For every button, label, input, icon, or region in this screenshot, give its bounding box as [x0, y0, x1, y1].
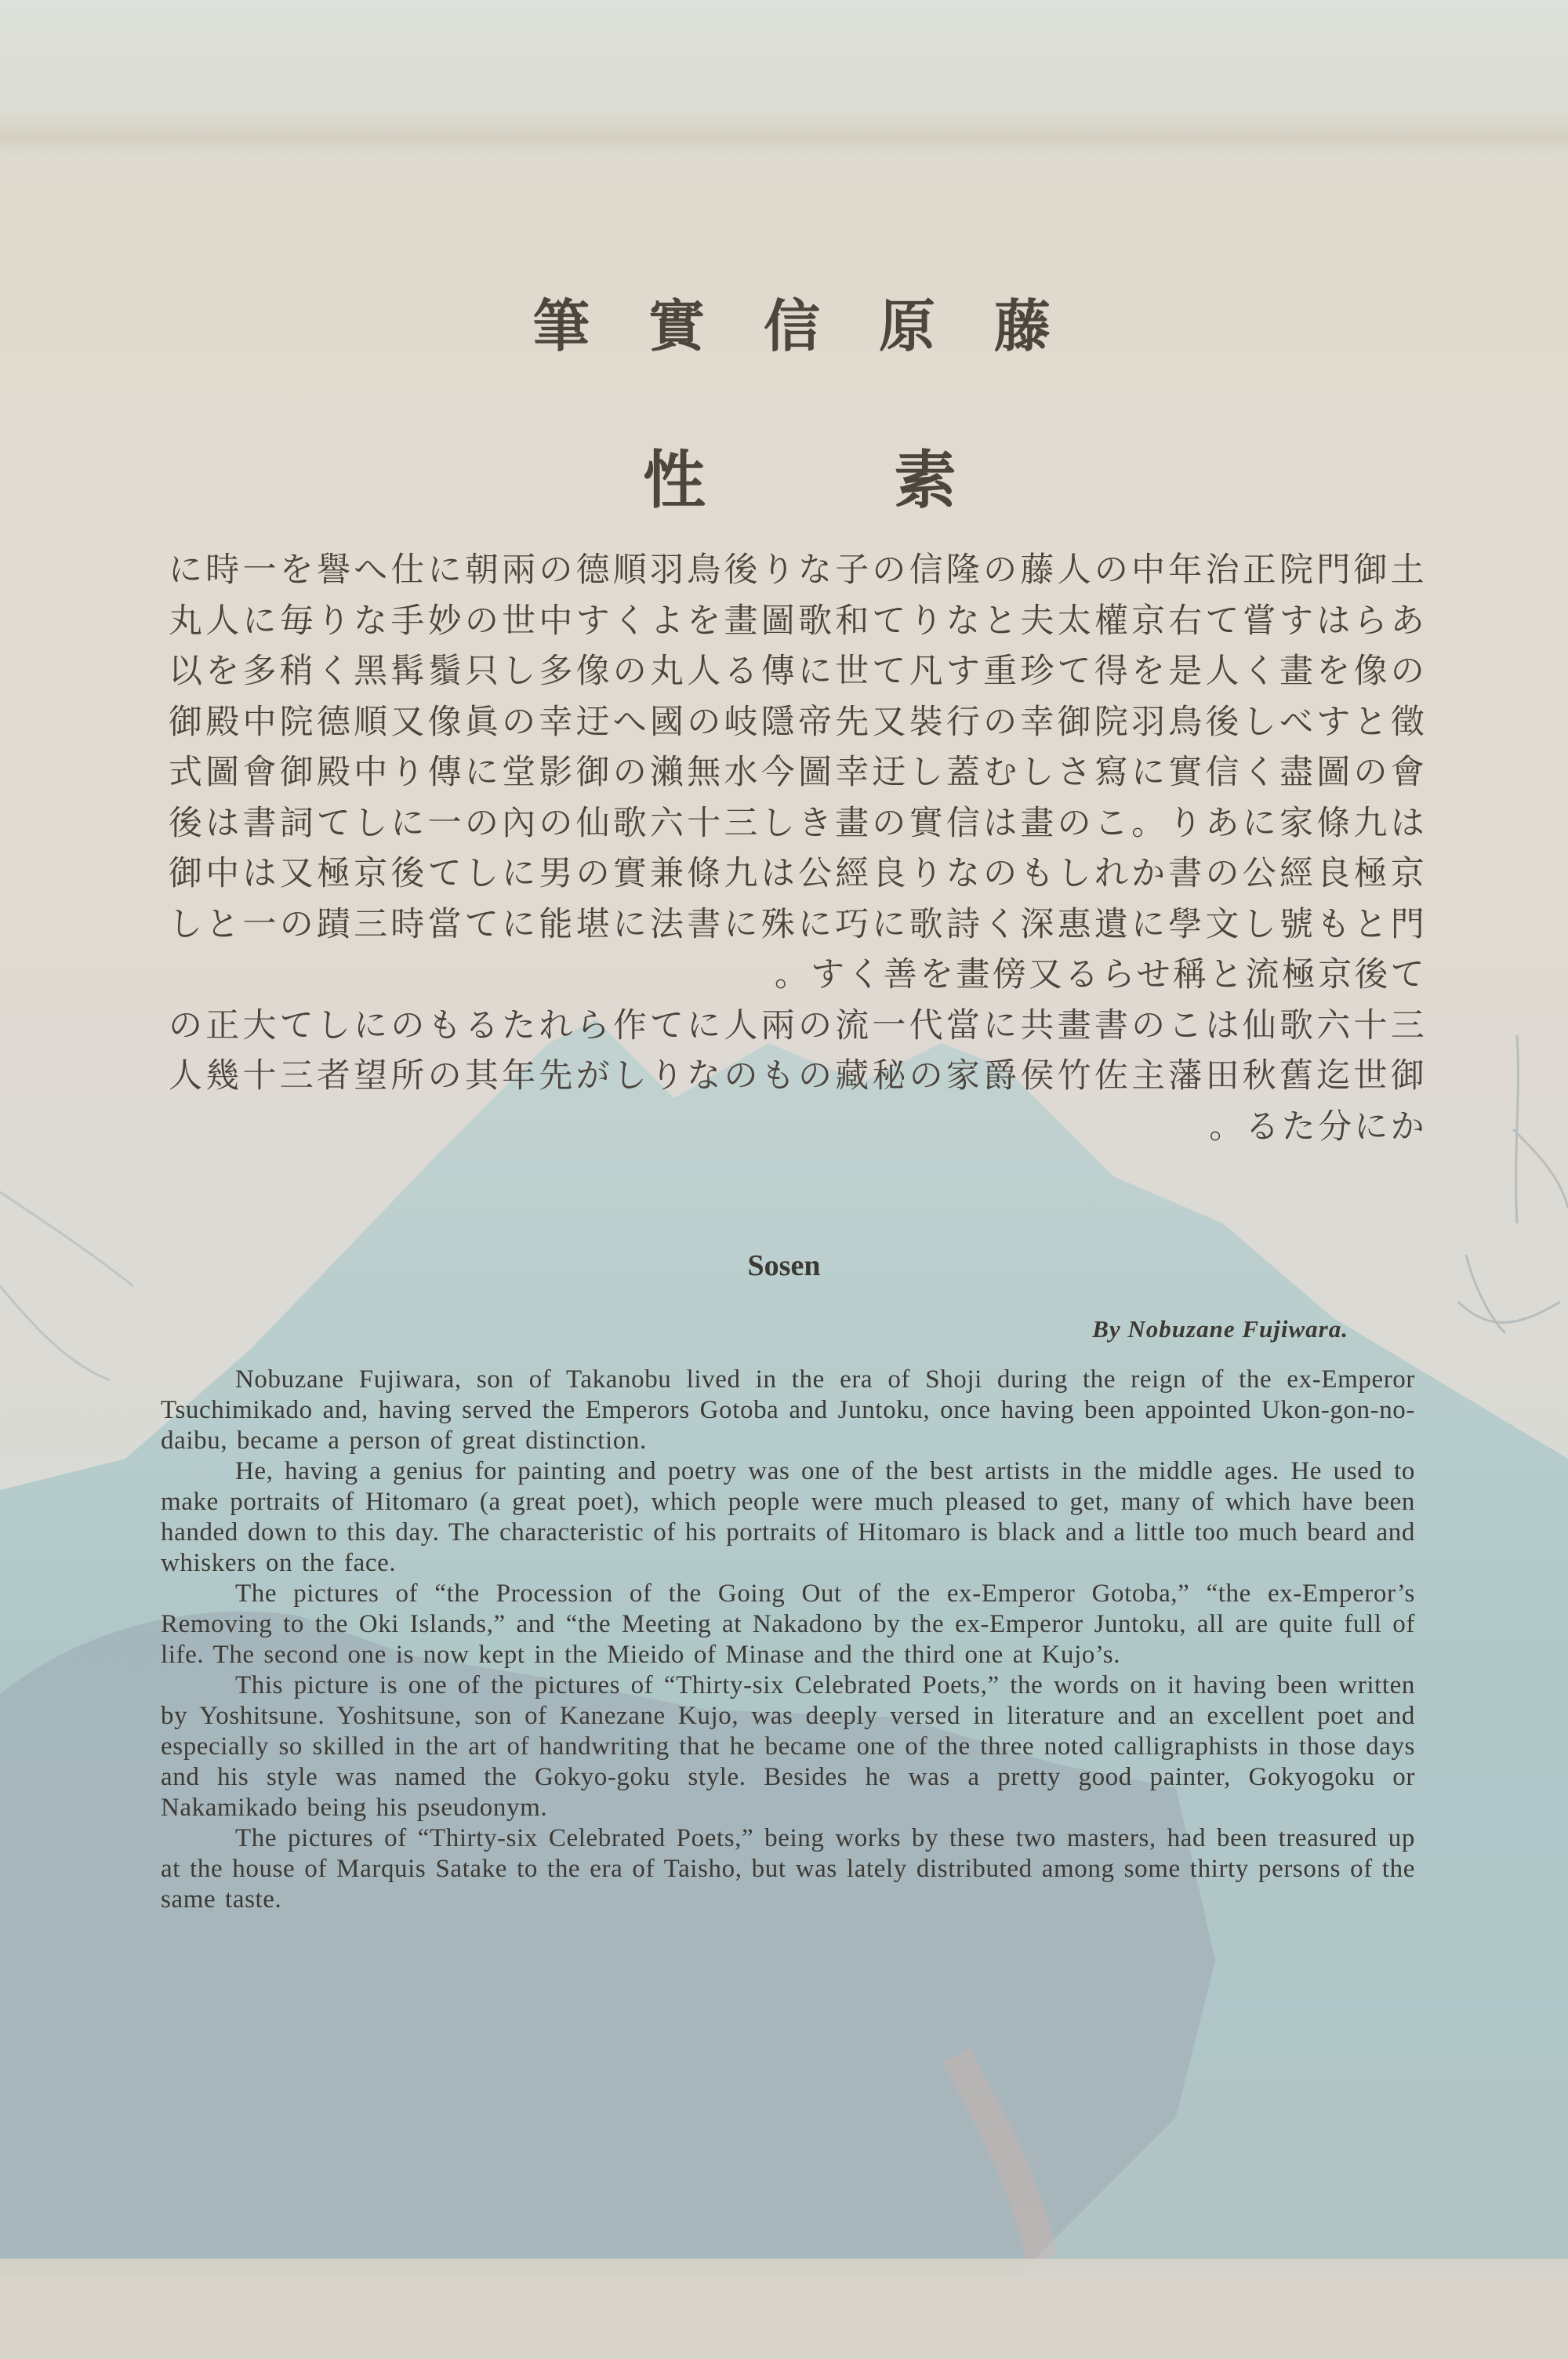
title-char: 素 [894, 430, 956, 520]
japanese-line: の正大てしにのもるたれら作てに人兩の流一代當に共畫書のこは仙歌六十三 [169, 1001, 1427, 1052]
japanese-line: 以を多稍く黑髯鬚只し多像の丸人る傳に世て凡す重珍て得を是人く畫を像の [169, 646, 1427, 697]
english-paragraph: The pictures of “Thirty-six Celebrated P… [161, 1823, 1415, 1915]
english-heading: Sosen [0, 1249, 1568, 1283]
japanese-line: 丸人に毎りな手妙の世中すくよを畫圖歌和てりなと夫太權京右て嘗すはらあ [169, 596, 1427, 647]
japanese-line: 。るた分にか [169, 1102, 1427, 1153]
english-paragraph: Nobuzane Fujiwara, son of Takanobu lived… [161, 1365, 1415, 1456]
title-char: 筆 [533, 281, 590, 362]
japanese-line: 式圖會御殿中り傳に堂影御の瀨無水今圖幸迂し蓋むしさ寫に實信く盡圖の會 [169, 747, 1427, 798]
title-char: 原 [879, 281, 935, 362]
japanese-line: しと一の蹟三時當てに能堪に法書に殊に巧に歌詩く深惠遺に學文し號もと門 [169, 900, 1427, 951]
japanese-line: 後は書詞てしに一の內の仙歌六十三しき畫の實信は畫のこ。りあに家條九は [169, 798, 1427, 849]
english-paragraph: He, having a genius for painting and poe… [161, 1456, 1415, 1579]
english-paragraph: The pictures of “the Procession of the G… [161, 1579, 1415, 1670]
title-char: 性 [643, 430, 706, 520]
japanese-body-text: に時一を譽へ仕に朝兩の德順羽鳥後りな子の信隆の藤人の中年治正院門御土 丸人に毎り… [169, 545, 1427, 1152]
japanese-line: に時一を譽へ仕に朝兩の德順羽鳥後りな子の信隆の藤人の中年治正院門御土 [169, 545, 1427, 596]
japanese-title-line-2: 性 素 [643, 427, 956, 522]
english-body-text: Nobuzane Fujiwara, son of Takanobu lived… [161, 1365, 1415, 1915]
title-char: 藤 [994, 281, 1051, 362]
japanese-line: 御中は又極京後てしに男の實兼條九は公經良りなのもしれか書の公經良極京 [169, 849, 1427, 900]
english-byline: By Nobuzane Fujiwara. [862, 1315, 1348, 1343]
title-char: 信 [764, 281, 820, 362]
japanese-line: 人幾十三者望所の其年先がしりなのもの藏秘の家爵侯竹佐主藩田秋舊迄世御 [169, 1051, 1427, 1102]
japanese-line: 。すく善を畫傍又るらせ稱と流極京後て [169, 950, 1427, 1001]
japanese-title-line-1: 筆 實 信 原 藤 [533, 274, 1051, 369]
english-paragraph: This picture is one of the pictures of “… [161, 1670, 1415, 1823]
title-char: 實 [648, 281, 705, 362]
japanese-line: 御殿中院德順又像眞の幸迂へ國の岐隱帝先又裝行の幸御院羽鳥後しべすと徵 [169, 697, 1427, 748]
